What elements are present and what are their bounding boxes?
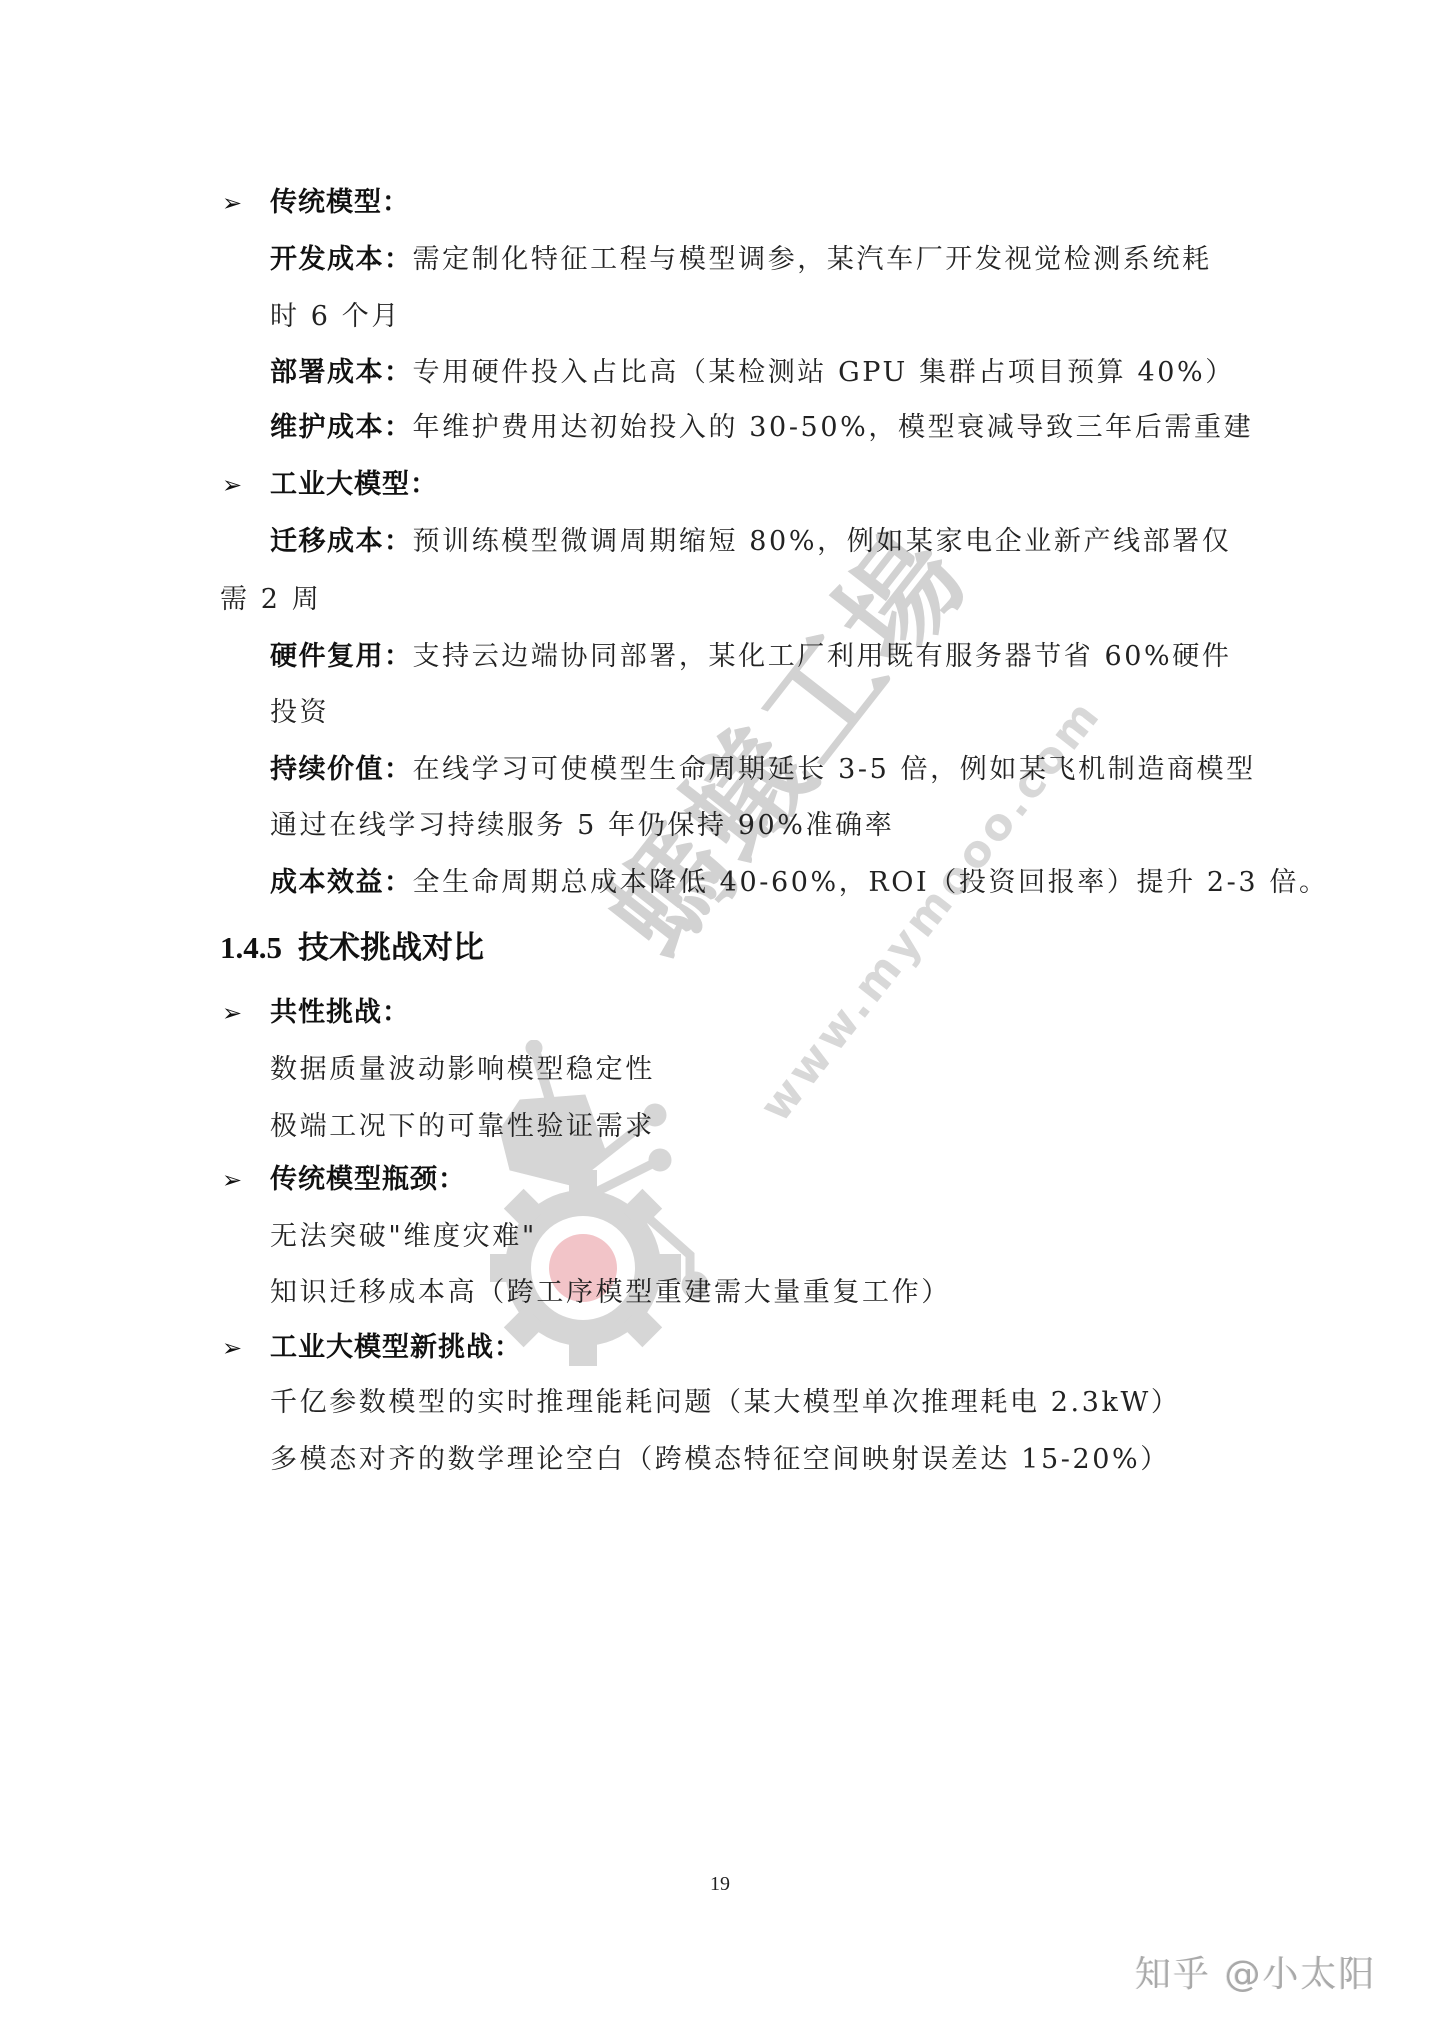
heading-number: 1.4.5 xyxy=(220,930,282,965)
migration-cost-line: 迁移成本：预训练模型微调周期缩短 80%，例如某家电企业新产线部署仅 xyxy=(270,524,1232,560)
sustained-value-continuation: 通过在线学习持续服务 5 年仍保持 90%准确率 xyxy=(270,808,894,844)
arrowhead-bullet-icon: ➢ xyxy=(222,1162,242,1198)
bullet-traditional-model: ➢ 传统模型： xyxy=(270,185,410,221)
section-label: 传统模型瓶颈： xyxy=(270,1164,466,1195)
maintenance-cost-line: 维护成本：年维护费用达初始投入的 30-50%，模型衰减导致三年后需重建 xyxy=(270,410,1253,446)
bullet-common-challenges: ➢ 共性挑战： xyxy=(270,995,410,1031)
item-text: 年维护费用达初始投入的 30-50%，模型衰减导致三年后需重建 xyxy=(413,412,1254,443)
list-item: 知识迁移成本高（跨工序模型重建需大量重复工作） xyxy=(270,1275,951,1311)
item-label: 硬件复用： xyxy=(270,641,413,672)
item-label: 维护成本： xyxy=(270,412,413,443)
page-number: 19 xyxy=(700,1870,740,1898)
section-label: 共性挑战： xyxy=(270,997,410,1028)
arrowhead-bullet-icon: ➢ xyxy=(222,1330,242,1366)
section-label: 传统模型： xyxy=(270,187,410,218)
item-text: 全生命周期总成本降低 40-60%，ROI（投资回报率）提升 2-3 倍。 xyxy=(413,867,1329,898)
migration-cost-continuation: 需 2 周 xyxy=(220,582,321,618)
item-label: 持续价值： xyxy=(270,754,413,785)
heading-title: 技术挑战对比 xyxy=(298,930,484,966)
hardware-reuse-continuation: 投资 xyxy=(270,695,329,731)
list-item: 极端工况下的可靠性验证需求 xyxy=(270,1109,655,1145)
bullet-traditional-bottleneck: ➢ 传统模型瓶颈： xyxy=(270,1162,466,1198)
mymooo-logo-watermark-icon xyxy=(490,1040,750,1370)
list-item: 千亿参数模型的实时推理能耗问题（某大模型单次推理耗电 2.3kW） xyxy=(270,1385,1180,1421)
list-item: 多模态对齐的数学理论空白（跨模态特征空间映射误差达 15-20%） xyxy=(270,1442,1170,1478)
sustained-value-line: 持续价值：在线学习可使模型生命周期延长 3-5 倍，例如某飞机制造商模型 xyxy=(270,752,1256,788)
list-item: 数据质量波动影响模型稳定性 xyxy=(270,1052,655,1088)
dev-cost-line: 开发成本：需定制化特征工程与模型调参，某汽车厂开发视觉检测系统耗 xyxy=(270,242,1212,278)
item-text: 预训练模型微调周期缩短 80%，例如某家电企业新产线部署仅 xyxy=(413,526,1232,557)
cost-benefit-line: 成本效益：全生命周期总成本降低 40-60%，ROI（投资回报率）提升 2-3 … xyxy=(270,865,1329,901)
deploy-cost-line: 部署成本：专用硬件投入占比高（某检测站 GPU 集群占项目预算 40%） xyxy=(270,355,1235,391)
item-text: 支持云边端协同部署，某化工厂利用既有服务器节省 60%硬件 xyxy=(413,641,1232,672)
arrowhead-bullet-icon: ➢ xyxy=(222,467,242,503)
item-label: 迁移成本： xyxy=(270,526,413,557)
dev-cost-continuation: 时 6 个月 xyxy=(270,299,401,335)
item-label: 开发成本： xyxy=(270,244,413,275)
bullet-industrial-new-challenges: ➢ 工业大模型新挑战： xyxy=(270,1330,522,1366)
section-label: 工业大模型： xyxy=(270,469,438,500)
item-text: 需定制化特征工程与模型调参，某汽车厂开发视觉检测系统耗 xyxy=(413,244,1212,275)
item-text: 专用硬件投入占比高（某检测站 GPU 集群占项目预算 40%） xyxy=(413,357,1235,388)
arrowhead-bullet-icon: ➢ xyxy=(222,995,242,1031)
item-label: 部署成本： xyxy=(270,357,413,388)
list-item: 无法突破"维度灾难" xyxy=(270,1219,537,1255)
document-page: 螞蟻工場 www.mymooo.com ➢ 传统模型： 开发成本：需定制化特征工… xyxy=(0,0,1440,2036)
bullet-industrial-model: ➢ 工业大模型： xyxy=(270,467,438,503)
section-heading: 1.4.5技术挑战对比 xyxy=(220,928,484,968)
zhihu-author-watermark: 知乎 @小太阳 xyxy=(1135,1953,1376,1997)
arrowhead-bullet-icon: ➢ xyxy=(222,185,242,221)
section-label: 工业大模型新挑战： xyxy=(270,1332,522,1363)
item-text: 在线学习可使模型生命周期延长 3-5 倍，例如某飞机制造商模型 xyxy=(413,754,1256,785)
hardware-reuse-line: 硬件复用：支持云边端协同部署，某化工厂利用既有服务器节省 60%硬件 xyxy=(270,639,1232,675)
item-label: 成本效益： xyxy=(270,867,413,898)
brand-watermark: 螞蟻工場 xyxy=(560,489,999,985)
